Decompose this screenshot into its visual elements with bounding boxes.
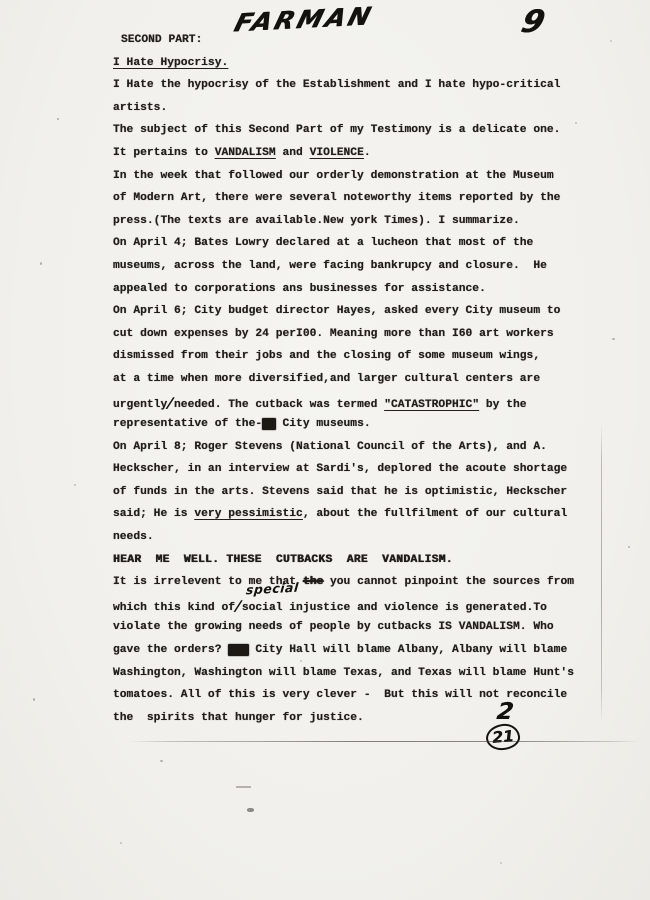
doc-line: violate the growing needs of people by c… (113, 616, 613, 639)
doc-line: gave the orders? The City Hall will blam… (113, 639, 613, 662)
doc-line: dismissed from their jobs and the closin… (113, 345, 613, 368)
handwritten-slash: / (234, 595, 243, 618)
doc-text: On April 4; Bates Lowry declared at a lu… (113, 237, 533, 249)
doc-line: The subject of this Second Part of my Te… (113, 119, 613, 142)
doc-text: by the (479, 399, 526, 411)
doc-text: dismissed from their jobs and the closin… (113, 350, 540, 362)
doc-line: the spirits that hunger for justice. (113, 707, 613, 730)
scan-speck (160, 760, 163, 762)
doc-line: Washington, Washington will blame Texas,… (113, 662, 613, 685)
document-body: SECOND PART:I Hate Hypocrisy.I Hate the … (113, 29, 613, 729)
doc-text: appealed to corporations ans businesses … (113, 283, 486, 295)
scan-speck (575, 122, 577, 124)
doc-text: I Hate the hypocrisy of the Establishmen… (113, 79, 560, 91)
scan-speck (74, 484, 76, 486)
doc-text: violate the growing needs of people by c… (113, 621, 554, 633)
doc-text: In the week that followed our orderly de… (113, 170, 554, 182)
doc-line: museums, across the land, were facing ba… (113, 255, 613, 278)
doc-text: HEAR ME WELL. THESE CUTBACKS ARE VANDALI… (113, 554, 453, 566)
doc-text: Washington, Washington will blame Texas,… (113, 667, 574, 679)
doc-text: I Hate Hypocrisy. (113, 57, 228, 69)
doc-text: The subject of this Second Part of my Te… (113, 124, 560, 136)
doc-line: It pertains to VANDALISM and VIOLENCE. (113, 142, 613, 165)
doc-text: museums, across the land, were facing ba… (113, 260, 547, 272)
doc-text: and (276, 147, 310, 159)
doc-line: which this kind of/social injustice and … (113, 594, 613, 617)
scan-speck (628, 546, 630, 548)
doc-text: at a time when more diversified,and larg… (113, 373, 540, 385)
doc-line: of funds in the arts. Stevens said that … (113, 481, 613, 504)
redacted-text: The (228, 644, 248, 656)
doc-text: Heckscher, in an interview at Sardi's, d… (113, 463, 567, 475)
scan-speck (247, 808, 254, 812)
doc-text: . (364, 147, 371, 159)
doc-text: the (303, 576, 323, 588)
scan-speck (500, 862, 502, 864)
doc-line: I Hate the hypocrisy of the Establishmen… (113, 74, 613, 97)
doc-text: of funds in the arts. Stevens said that … (113, 486, 567, 498)
doc-line: appealed to corporations ans businesses … (113, 278, 613, 301)
fold-crease-vertical (601, 424, 602, 724)
doc-line: On April 4; Bates Lowry declared at a lu… (113, 232, 613, 255)
scan-speck (610, 40, 612, 42)
handwritten-insertion-word: special (245, 580, 299, 598)
doc-line: I Hate Hypocrisy. (113, 52, 613, 75)
doc-text: the spirits that hunger for justice. (113, 712, 364, 724)
doc-text: City Hall will blame Albany, Albany will… (249, 644, 568, 656)
doc-line: press.(The texts are available.New york … (113, 210, 613, 233)
scan-speck (236, 786, 251, 788)
doc-line: HEAR ME WELL. THESE CUTBACKS ARE VANDALI… (113, 549, 613, 572)
doc-text: very pessimistic (194, 508, 302, 520)
doc-text: On April 6; City budget director Hayes, … (113, 305, 560, 317)
doc-text: press.(The texts are available.New york … (113, 215, 520, 227)
doc-text: On April 8; Roger Stevens (National Coun… (113, 441, 547, 453)
doc-line: tomatoes. All of this is very clever - B… (113, 684, 613, 707)
scan-speck (33, 698, 35, 701)
doc-line: Heckscher, in an interview at Sardi's, d… (113, 458, 613, 481)
doc-text: representative of the- (113, 418, 262, 430)
doc-text: "CATASTROPHIC" (384, 399, 479, 411)
redacted-text: mu (262, 418, 276, 430)
scan-speck (300, 660, 302, 662)
scan-speck (57, 118, 59, 120)
doc-line: On April 8; Roger Stevens (National Coun… (113, 436, 613, 459)
doc-text: which this kind of (113, 602, 235, 614)
fold-crease-horizontal (128, 741, 640, 742)
scan-speck (40, 262, 42, 265)
doc-text: needed. The cutback was termed (174, 399, 384, 411)
doc-text: cut down expenses by 24 perI00. Meaning … (113, 328, 554, 340)
doc-text: City museums. (276, 418, 371, 430)
doc-text: , about the fullfilment of our cultural (303, 508, 567, 520)
doc-line: needs. (113, 526, 613, 549)
doc-line: On April 6; City budget director Hayes, … (113, 300, 613, 323)
doc-line: representative of the-mu City museums. (113, 413, 613, 436)
doc-text: gave the orders? (113, 644, 228, 656)
doc-line: of Modern Art, there were several notewo… (113, 187, 613, 210)
scan-speck (612, 338, 615, 340)
doc-text: VIOLENCE (310, 147, 364, 159)
doc-text: needs. (113, 531, 154, 543)
doc-text: social injustice and violence is generat… (242, 602, 547, 614)
doc-line: said; He is very pessimistic, about the … (113, 503, 613, 526)
doc-line: artists. (113, 97, 613, 120)
doc-text: urgently (113, 399, 167, 411)
doc-line: It is irrelevent to me that the you cann… (113, 571, 613, 594)
doc-text: artists. (113, 102, 167, 114)
doc-line: urgently/needed. The cutback was termed … (113, 391, 613, 414)
doc-line: In the week that followed our orderly de… (113, 165, 613, 188)
doc-text: It pertains to (113, 147, 215, 159)
doc-text: of Modern Art, there were several notewo… (113, 192, 560, 204)
doc-line: cut down expenses by 24 perI00. Meaning … (113, 323, 613, 346)
doc-text: VANDALISM (215, 147, 276, 159)
doc-text: SECOND PART: (121, 34, 202, 46)
doc-line: at a time when more diversified,and larg… (113, 368, 613, 391)
scanned-document-page: SECOND PART:I Hate Hypocrisy.I Hate the … (0, 0, 650, 900)
scan-speck (120, 842, 122, 844)
doc-text: said; He is (113, 508, 194, 520)
doc-text: you cannot pinpoint the sources from (323, 576, 574, 588)
